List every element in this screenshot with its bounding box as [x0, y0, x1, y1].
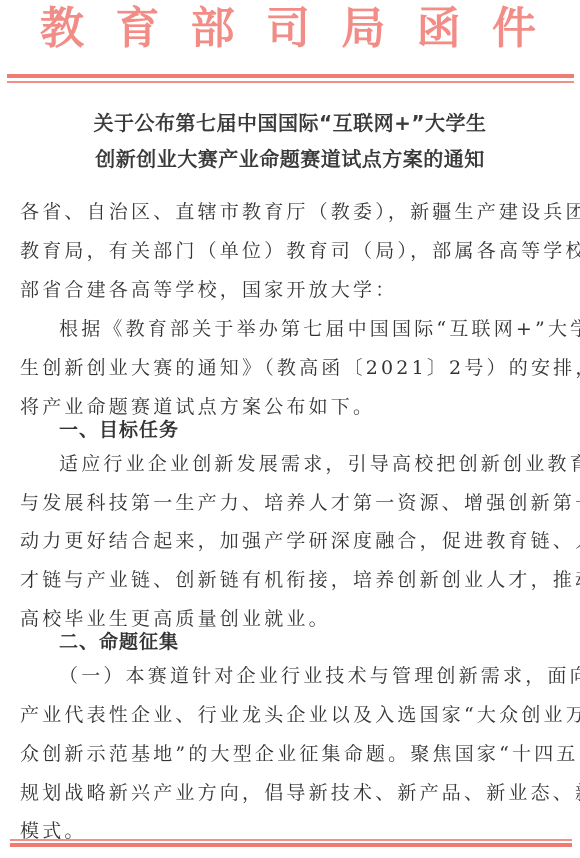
header-rule-thick — [7, 74, 574, 78]
header-rule-thin — [7, 81, 574, 83]
footer-rule-thin — [10, 839, 572, 841]
masthead-char: 司 — [266, 2, 310, 56]
section-2-line: 众创新示范基地”的大型企业征集命题。聚焦国家“十四五” — [20, 741, 560, 767]
section-2-line: 产业代表性企业、行业龙头企业以及入选国家“大众创业万 — [20, 702, 560, 728]
document-title-line-2: 创新创业大赛产业命题赛道试点方案的通知 — [0, 143, 580, 172]
intro-line: 根据《教育部关于举办第七届中国国际“互联网+”大学 — [59, 316, 580, 342]
section-1-line: 动力更好结合起来，加强产学研深度融合，促进教育链、人 — [20, 528, 560, 554]
masthead-char: 函 — [417, 2, 461, 56]
footer-rule-thick — [10, 843, 572, 847]
masthead-char: 局 — [341, 2, 385, 56]
masthead-char: 育 — [115, 2, 159, 56]
intro-line: 生创新创业大赛的通知》（教高函〔2021〕2号）的安排，现 — [20, 355, 560, 381]
document-title-line-1: 关于公布第七届中国国际“互联网+”大学生 — [0, 107, 580, 136]
salutation-line: 各省、自治区、直辖市教育厅（教委），新疆生产建设兵团 — [20, 199, 560, 225]
salutation-line: 部省合建各高等学校，国家开放大学： — [20, 277, 560, 303]
section-2-line: 规划战略新兴产业方向，倡导新技术、新产品、新业态、新 — [20, 780, 560, 806]
section-heading-1: 一、目标任务 — [59, 415, 179, 442]
section-1-line: 才链与产业链、创新链有机衔接，培养创新创业人才，推动 — [20, 567, 560, 593]
section-heading-2: 二、命题征集 — [59, 627, 179, 654]
section-2-line: （一）本赛道针对企业行业技术与管理创新需求，面向 — [59, 663, 580, 689]
masthead-char: 教 — [40, 2, 84, 56]
masthead-char: 部 — [191, 2, 235, 56]
masthead-char: 件 — [492, 2, 536, 56]
letterhead-masthead: 教 育 部 司 局 函 件 — [0, 2, 580, 56]
section-1-line: 适应行业企业创新发展需求，引导高校把创新创业教育 — [59, 451, 580, 477]
section-1-line: 与发展科技第一生产力、培养人才第一资源、增强创新第一 — [20, 490, 560, 516]
salutation-line: 教育局，有关部门（单位）教育司（局），部属各高等学校、 — [20, 238, 560, 264]
